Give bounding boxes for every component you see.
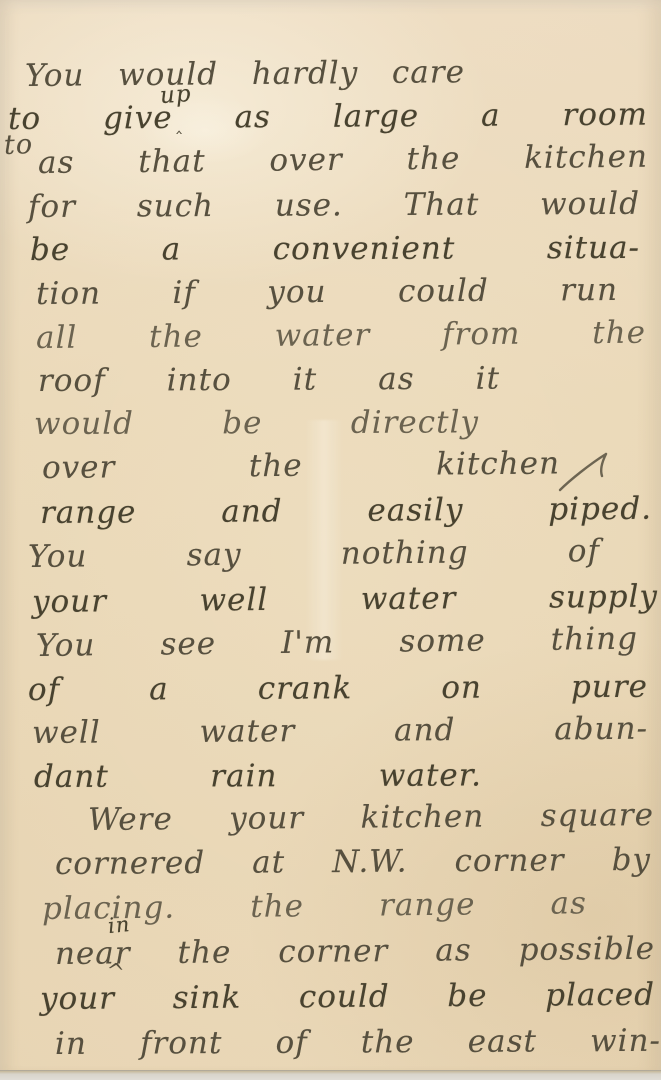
insertion-caret-icon: ‸ [176, 114, 182, 135]
line-filler-stroke-icon [556, 450, 612, 492]
handwriting-line-23: in front of the east win- [55, 1021, 661, 1064]
handwriting-line-18: Were your kitchen square [88, 795, 654, 840]
sink-caret-icon: ^ [104, 959, 126, 986]
handwriting-line-16: well water and abun- [32, 709, 648, 753]
handwriting-line-10: over the kitchen [42, 443, 560, 488]
insertion-word-in: in [107, 912, 132, 938]
handwriting-line-4: for such use. That would [28, 184, 640, 227]
handwriting-line-17: dant rain water. [34, 755, 482, 797]
handwriting-line-9: would be directly [34, 402, 479, 444]
handwriting-line-21: near the corner as possible [55, 929, 655, 974]
insertion-word-up: up [159, 81, 192, 109]
letter-scan: You would hardly care to give as large a… [0, 0, 661, 1080]
handwriting-line-19: cornered at N.W. corner by [55, 840, 651, 884]
handwriting-line-3: as that over the kitchen [38, 137, 648, 183]
handwriting-line-8: roof into it as it [38, 359, 500, 401]
handwriting-line-13: your well water supply [32, 577, 658, 622]
handwriting-line-2: to give as large a room [8, 95, 648, 139]
handwriting-line-7: all the water from the [36, 313, 646, 358]
handwriting-line-22: your sink could be placed [40, 975, 655, 1019]
handwriting-line-14: You see I'm some thing [36, 619, 638, 666]
handwriting-line-15: of a crank on pure [28, 667, 648, 710]
handwriting-line-5: be a convenient situa- [30, 228, 640, 270]
paper-bottom-edge [0, 1070, 661, 1080]
handwriting-line-6: tion if you could run [36, 270, 618, 314]
handwriting-line-11: range and easily piped. [40, 489, 652, 533]
handwriting-line-12: You say nothing of [28, 531, 600, 577]
handwriting-line-1: You would hardly care [25, 52, 465, 96]
